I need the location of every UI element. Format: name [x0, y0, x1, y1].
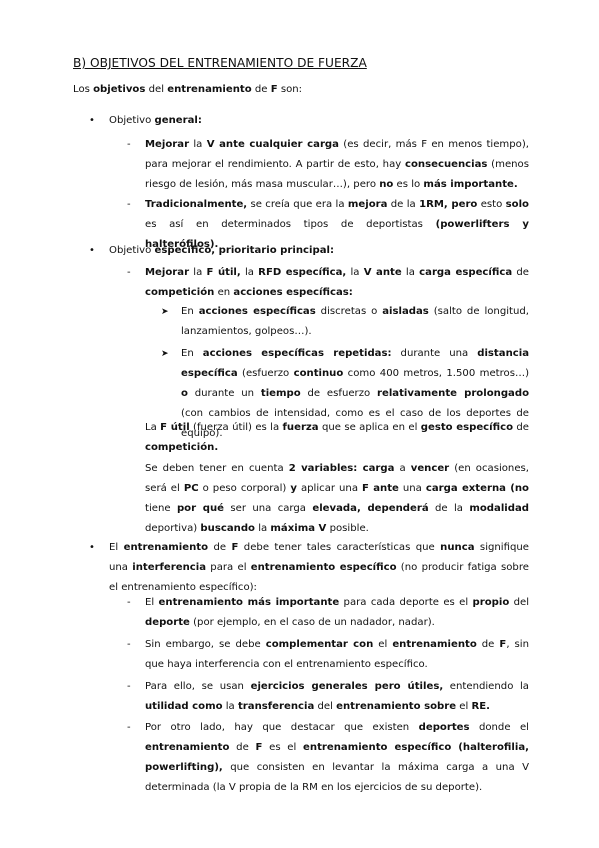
list-item-d3: Mejorar la F útil, la RFD específica, la… — [145, 263, 529, 303]
list-item-b1: Objetivo general: — [109, 111, 529, 131]
bold-text: V ante cualquier carga — [207, 139, 339, 150]
text: la — [241, 267, 258, 278]
text: de esfuerzo — [301, 388, 377, 399]
bold-text: RFD específica, — [258, 267, 346, 278]
text: deportiva) — [145, 523, 200, 534]
text: (por ejemplo, en el caso de un nadador, … — [190, 617, 435, 628]
list-item-b2: Objetivo específico, prioritario princip… — [109, 241, 529, 261]
bold-text: propio — [473, 597, 510, 608]
list-item-d7: Por otro lado, hay que destacar que exis… — [145, 718, 529, 798]
bold-text: buscando — [200, 523, 255, 534]
text: como 400 metros, 1.500 metros…) — [343, 368, 529, 379]
text: tiene — [145, 503, 177, 514]
bold-text: específico, prioritario principal: — [155, 245, 335, 256]
list-item-d1: Mejorar la V ante cualquier carga (es de… — [145, 135, 529, 195]
text: durante un — [188, 388, 261, 399]
bold-text: objetivos — [93, 84, 145, 95]
text: son: — [278, 84, 302, 95]
section-heading: B) OBJETIVOS DEL ENTRENAMIENTO DE FUERZA — [73, 56, 367, 70]
text: el — [373, 639, 392, 650]
text: donde el — [470, 722, 529, 733]
text: de la — [387, 199, 419, 210]
text: (fuerza útil) es la — [190, 422, 283, 433]
text: Objetivo — [109, 245, 155, 256]
bold-text: F ante — [362, 483, 399, 494]
bold-text: vencer — [411, 463, 449, 474]
bold-text: acciones específicas: — [233, 287, 352, 298]
list-item-d6: Para ello, se usan ejercicios generales … — [145, 677, 529, 717]
text: discretas o — [316, 306, 382, 317]
bold-text: modalidad — [469, 503, 529, 514]
bold-text: continuo — [294, 368, 344, 379]
text: es así en determinados tipos de deportis… — [145, 219, 436, 230]
text: de — [477, 639, 500, 650]
text: de — [229, 742, 255, 753]
bold-text: mejora — [348, 199, 388, 210]
text: Por otro lado, hay que destacar que exis… — [145, 722, 419, 733]
text: la — [189, 267, 206, 278]
bold-text: deportes — [419, 722, 470, 733]
bold-text: entrenamiento específico — [251, 562, 397, 573]
text: durante una — [392, 348, 478, 359]
bold-text: general: — [155, 115, 202, 126]
dash-icon: - — [127, 635, 131, 655]
text: a — [394, 463, 410, 474]
bold-text: 2 variables: carga — [289, 463, 395, 474]
bold-text: entrenamiento más importante — [159, 597, 340, 608]
bold-text: interferencia — [132, 562, 206, 573]
text: la — [223, 701, 238, 712]
intro-paragraph: Los objetivos del entrenamiento de F son… — [73, 80, 533, 100]
bold-text: ejercicios generales pero útiles, — [251, 681, 444, 692]
bold-text: consecuencias — [405, 159, 487, 170]
bold-text: entrenamiento — [167, 84, 251, 95]
text: (esfuerzo — [238, 368, 294, 379]
dash-icon: - — [127, 195, 131, 215]
text: una — [399, 483, 426, 494]
bullet-icon: • — [89, 111, 95, 131]
text: de — [252, 84, 271, 95]
text: para el — [206, 562, 251, 573]
bold-text: aisladas — [382, 306, 429, 317]
bold-text: competición — [145, 287, 214, 298]
text: es el — [262, 742, 303, 753]
bold-text: Mejorar — [145, 267, 189, 278]
bold-text: no — [379, 179, 393, 190]
arrow-icon: ➤ — [161, 344, 169, 364]
bold-text: por qué — [177, 503, 224, 514]
text: el — [456, 701, 471, 712]
bold-text: tiempo — [261, 388, 301, 399]
text: Objetivo — [109, 115, 155, 126]
bold-text: o — [181, 388, 188, 399]
bold-text: RE. — [472, 701, 491, 712]
text: en — [214, 287, 233, 298]
text: se creía que era la — [247, 199, 348, 210]
bold-text: más importante. — [423, 179, 517, 190]
bold-text: entrenamiento — [124, 542, 208, 553]
bold-text: elevada, dependerá — [312, 503, 428, 514]
bold-text: V ante — [364, 267, 402, 278]
text: es lo — [393, 179, 423, 190]
document-page: B) OBJETIVOS DEL ENTRENAMIENTO DE FUERZA… — [0, 0, 599, 848]
bold-text: Mejorar — [145, 139, 189, 150]
text: posible. — [326, 523, 369, 534]
bold-text: nunca — [440, 542, 474, 553]
text: de — [512, 267, 529, 278]
bold-text: F útil, — [207, 267, 241, 278]
text: la — [255, 523, 270, 534]
text: aplicar una — [297, 483, 362, 494]
bold-text: utilidad como — [145, 701, 223, 712]
text: de — [208, 542, 231, 553]
text: Se deben tener en cuenta — [145, 463, 289, 474]
dash-icon: - — [127, 135, 131, 155]
bold-text: máxima V — [270, 523, 326, 534]
bold-text: F — [271, 84, 278, 95]
bold-text: gesto específico — [421, 422, 513, 433]
bold-text: y — [290, 483, 297, 494]
text: esto — [477, 199, 505, 210]
bold-text: acciones específicas repetidas: — [203, 348, 392, 359]
bullet-icon: • — [89, 538, 95, 558]
list-item-p2: Se deben tener en cuenta 2 variables: ca… — [145, 459, 529, 539]
list-item-p1: La F útil (fuerza útil) es la fuerza que… — [145, 418, 529, 458]
bold-text: solo — [506, 199, 529, 210]
dash-icon: - — [127, 263, 131, 283]
text: del — [314, 701, 336, 712]
bold-text: deporte — [145, 617, 190, 628]
bold-text: transferencia — [238, 701, 314, 712]
bold-text: fuerza — [283, 422, 319, 433]
bold-text: entrenamiento — [392, 639, 476, 650]
bold-text: F útil — [160, 422, 189, 433]
text: En — [181, 348, 203, 359]
list-item-d4: El entrenamiento más importante para cad… — [145, 593, 529, 633]
bold-text: carga externa (no — [426, 483, 529, 494]
text: del — [145, 84, 167, 95]
text: Los — [73, 84, 93, 95]
text: La — [145, 422, 160, 433]
bold-text: Tradicionalmente, — [145, 199, 247, 210]
bold-text: relativamente prolongado — [377, 388, 529, 399]
text: la — [189, 139, 207, 150]
text: la — [402, 267, 419, 278]
text: Para ello, se usan — [145, 681, 251, 692]
text: El — [145, 597, 159, 608]
dash-icon: - — [127, 718, 131, 738]
bold-text: competición. — [145, 442, 218, 453]
text: El — [109, 542, 124, 553]
bold-text: PC — [184, 483, 199, 494]
text: Sin embargo, se debe — [145, 639, 266, 650]
dash-icon: - — [127, 593, 131, 613]
bold-text: complementar con — [266, 639, 374, 650]
bold-text: 1RM, pero — [419, 199, 477, 210]
bold-text: acciones específicas — [199, 306, 316, 317]
text: para cada deporte es el — [339, 597, 472, 608]
text: que se aplica en el — [319, 422, 421, 433]
text: la — [346, 267, 363, 278]
bullet-icon: • — [89, 241, 95, 261]
arrow-icon: ➤ — [161, 302, 169, 322]
text: o peso corporal) — [199, 483, 291, 494]
text: entendiendo la — [443, 681, 529, 692]
text: de — [513, 422, 529, 433]
dash-icon: - — [127, 677, 131, 697]
text: ser una carga — [224, 503, 312, 514]
bold-text: carga específica — [419, 267, 512, 278]
text: debe tener tales características que — [238, 542, 440, 553]
list-item-a1: En acciones específicas discretas o aisl… — [181, 302, 529, 342]
list-item-d5: Sin embargo, se debe complementar con el… — [145, 635, 529, 675]
bold-text: entrenamiento — [145, 742, 229, 753]
list-item-b3: El entrenamiento de F debe tener tales c… — [109, 538, 529, 598]
text: del — [509, 597, 529, 608]
bold-text: entrenamiento sobre — [336, 701, 456, 712]
text: En — [181, 306, 199, 317]
text: de la — [429, 503, 470, 514]
